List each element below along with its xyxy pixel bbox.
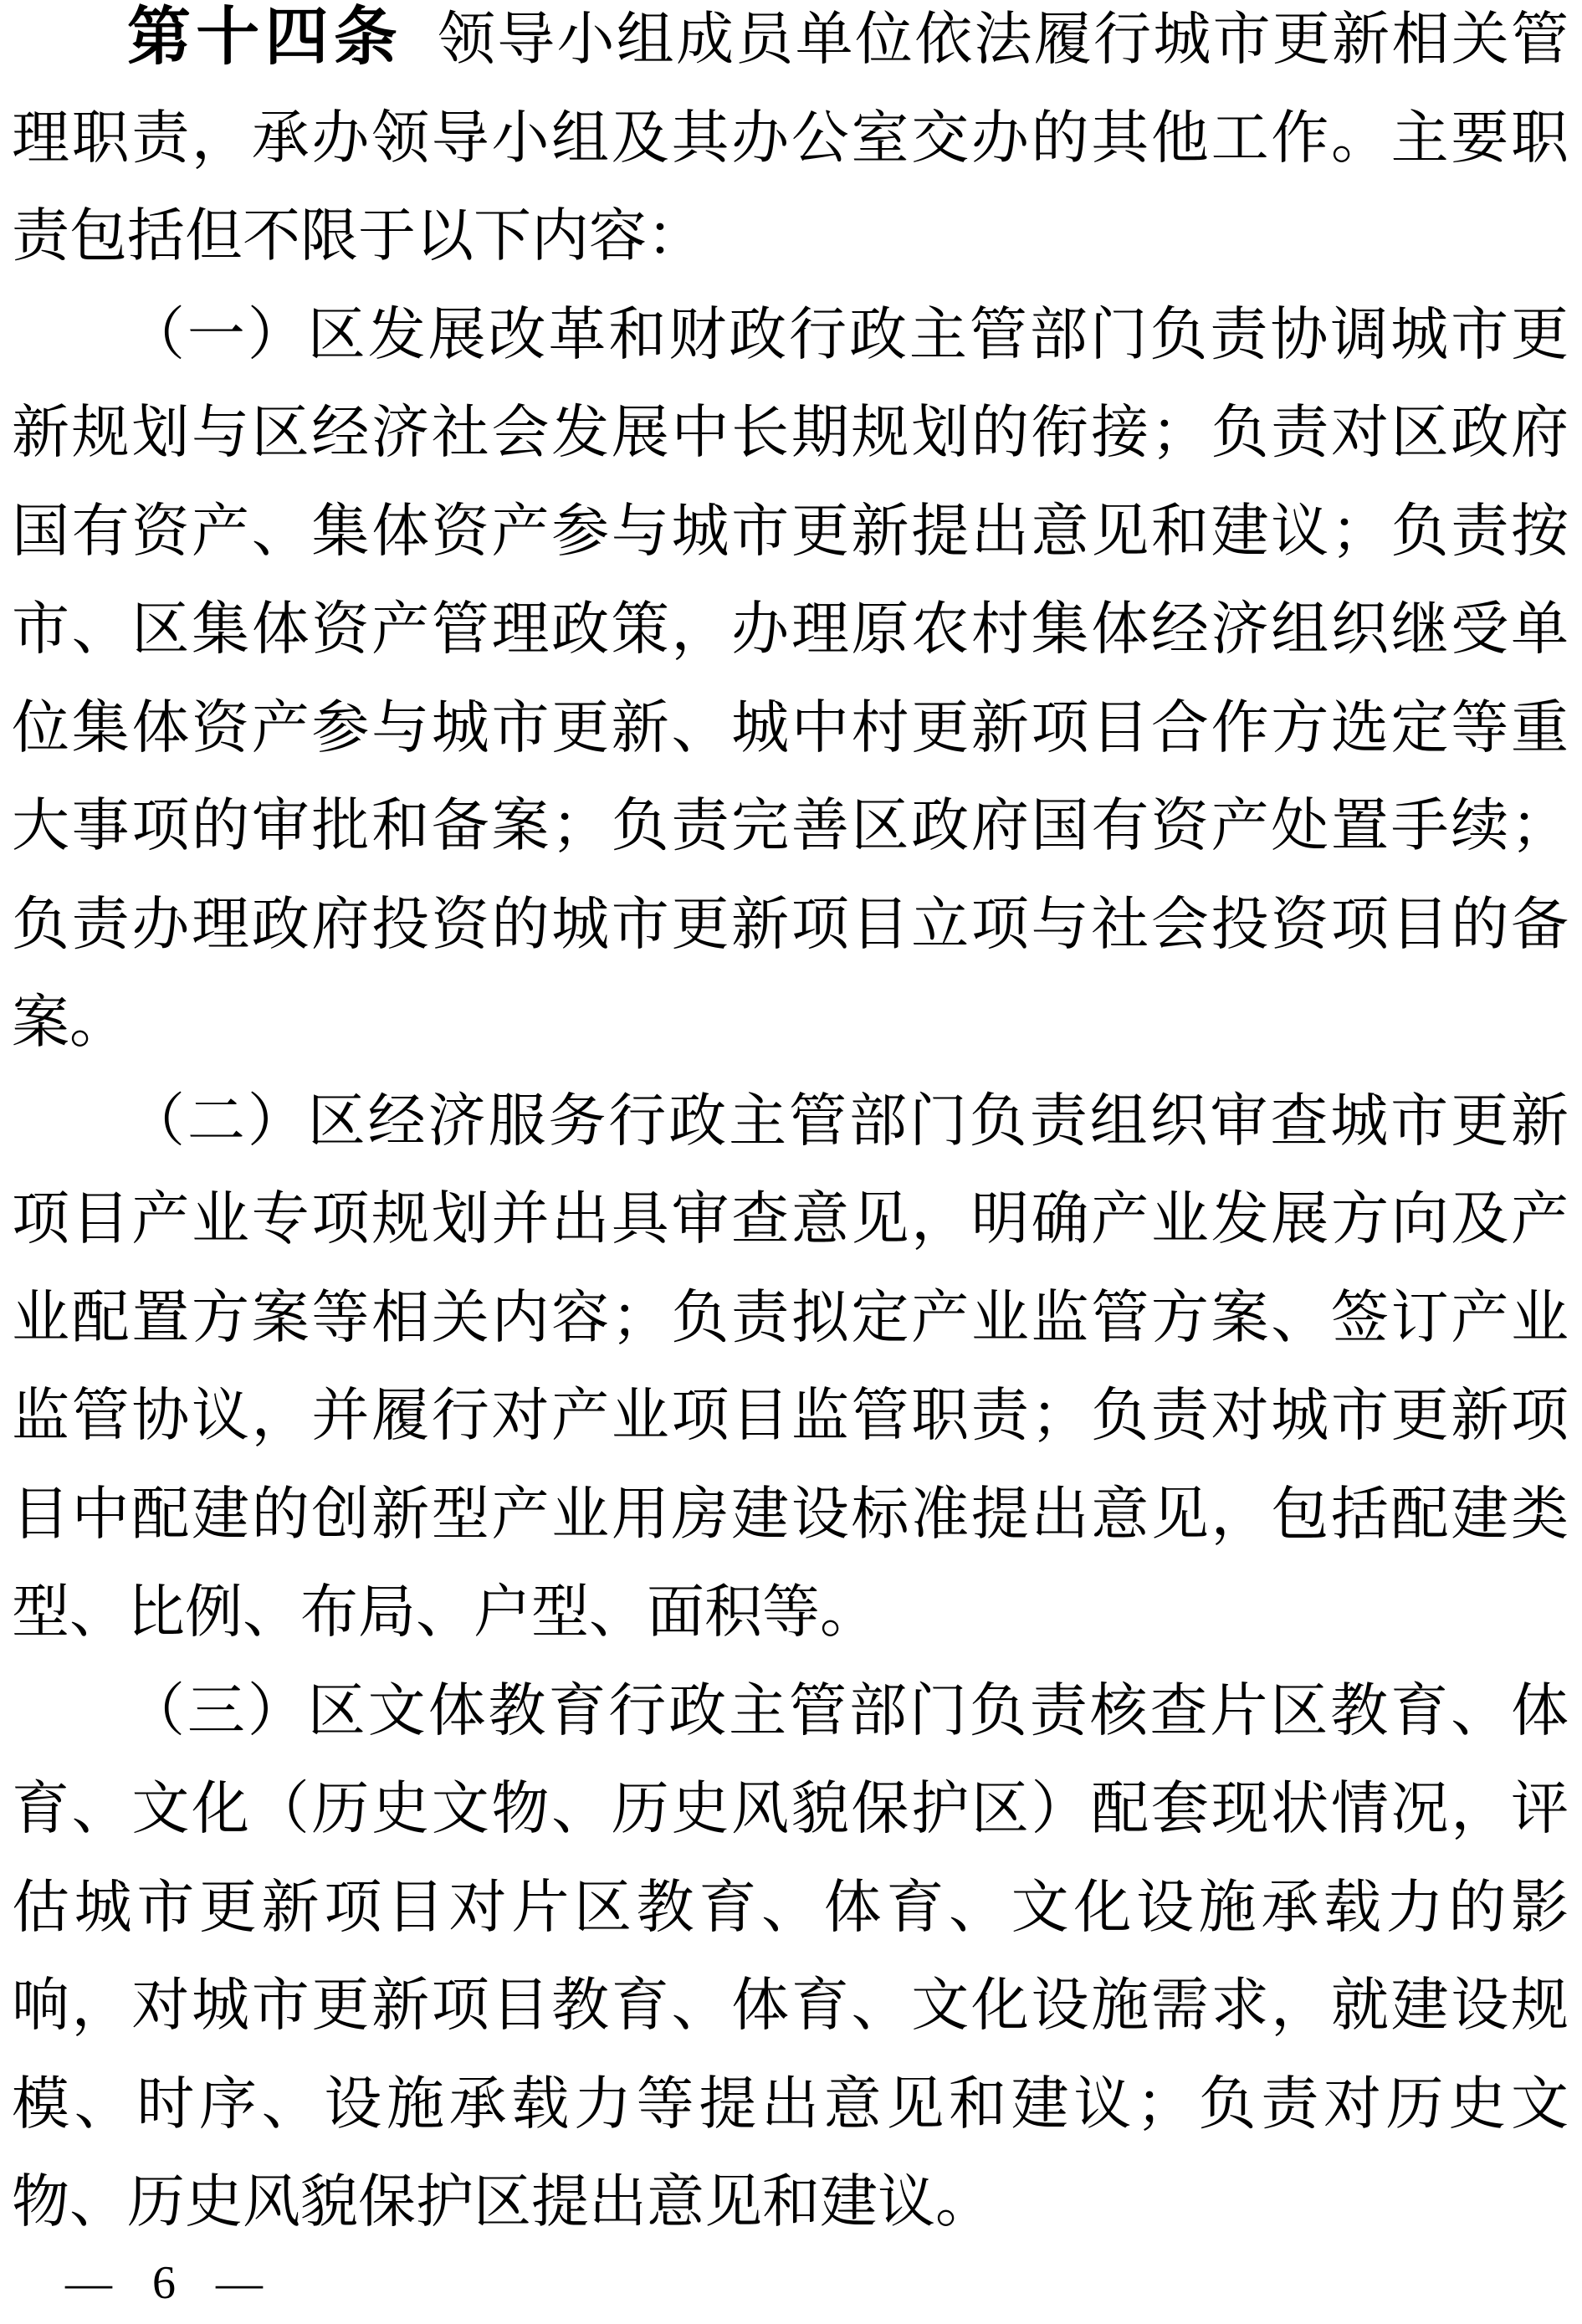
paragraph-item-3: （三）区文体教育行政主管部门负责核查片区教育、体育、文化（历史文物、历史风貌保护… (12, 1662, 1569, 2252)
page-number: — 6 — (65, 2257, 269, 2309)
article-number-label: 第十四条 (127, 2, 402, 73)
paragraph-article-14: 第十四条领导小组成员单位依法履行城市更新相关管理职责，承办领导小组及其办公室交办… (12, 0, 1569, 286)
document-page: 第十四条领导小组成员单位依法履行城市更新相关管理职责，承办领导小组及其办公室交办… (0, 0, 1582, 2324)
paragraph-item-2: （二）区经济服务行政主管部门负责组织审查城市更新项目产业专项规划并出具审查意见，… (12, 1072, 1569, 1662)
paragraph-item-1: （一）区发展改革和财政行政主管部门负责协调城市更新规划与区经济社会发展中长期规划… (12, 286, 1569, 1072)
document-body: 第十四条领导小组成员单位依法履行城市更新相关管理职责，承办领导小组及其办公室交办… (12, 0, 1569, 2252)
